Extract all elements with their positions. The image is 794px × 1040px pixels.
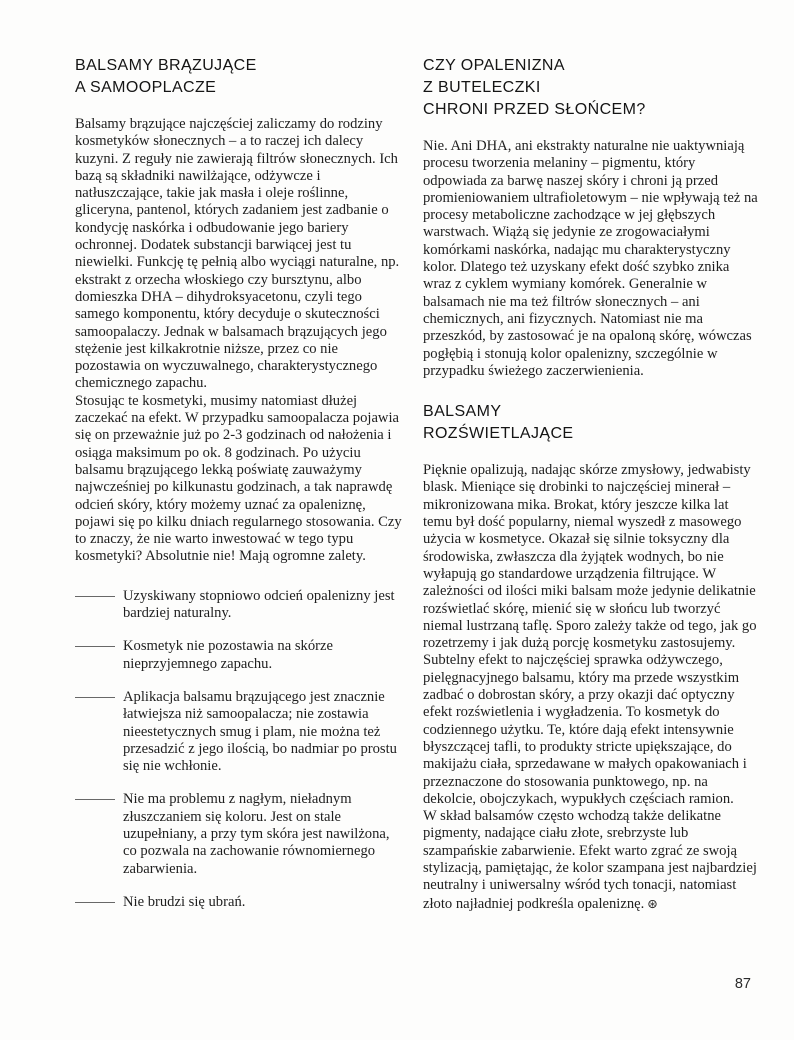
paragraph-text: W skład balsamów często wchodzą także de…	[423, 808, 757, 911]
section-heading: CZY OPALENIZNA Z BUTELECZKI CHRONI PRZED…	[423, 55, 759, 121]
list-item: Nie brudzi się ubrań.	[75, 894, 403, 911]
list-item-text: Uzyskiwany stopniowo odcień opalenizny j…	[123, 588, 403, 623]
heading-line: A SAMOOPLACZE	[75, 77, 403, 99]
heading-line: BALSAMY	[423, 401, 759, 423]
heading-line: BALSAMY BRĄZUJĄCE	[75, 55, 403, 77]
body-paragraph: Pięknie opalizują, nadając skórze zmysło…	[423, 462, 759, 652]
left-column: BALSAMY BRĄZUJĄCE A SAMOOPLACZE Balsamy …	[75, 55, 403, 911]
dash-bullet-icon	[75, 697, 115, 698]
list-item: Aplikacja balsamu brązującego jest znacz…	[75, 689, 403, 775]
dash-bullet-icon	[75, 646, 115, 647]
body-paragraph: Stosując te kosmetyki, musimy natomiast …	[75, 393, 403, 566]
advantages-list: Uzyskiwany stopniowo odcień opalenizny j…	[75, 588, 403, 911]
body-paragraph: Subtelny efekt to najczęściej sprawka od…	[423, 652, 759, 808]
section-body: Pięknie opalizują, nadając skórze zmysło…	[423, 462, 759, 913]
body-paragraph: Balsamy brązujące najczęściej zaliczamy …	[75, 116, 403, 393]
article-end-icon: ⊛	[647, 896, 657, 911]
section-sun-protection: CZY OPALENIZNA Z BUTELECZKI CHRONI PRZED…	[423, 55, 759, 380]
heading-line: CHRONI PRZED SŁOŃCEM?	[423, 99, 759, 121]
dash-bullet-icon	[75, 596, 115, 597]
list-item: Kosmetyk nie pozostawia na skórze nieprz…	[75, 638, 403, 673]
left-column-heading: BALSAMY BRĄZUJĄCE A SAMOOPLACZE	[75, 55, 403, 99]
heading-line: ROZŚWIETLAJĄCE	[423, 423, 759, 445]
list-item-text: Aplikacja balsamu brązującego jest znacz…	[123, 689, 403, 775]
left-column-body: Balsamy brązujące najczęściej zaliczamy …	[75, 116, 403, 911]
section-heading: BALSAMY ROZŚWIETLAJĄCE	[423, 401, 759, 445]
heading-line: Z BUTELECZKI	[423, 77, 759, 99]
list-item-text: Nie ma problemu z nagłym, nieładnym złus…	[123, 791, 403, 877]
body-paragraph: W skład balsamów często wchodzą także de…	[423, 808, 759, 913]
page-number: 87	[735, 976, 751, 992]
dash-bullet-icon	[75, 902, 115, 903]
magazine-page: BALSAMY BRĄZUJĄCE A SAMOOPLACZE Balsamy …	[0, 0, 794, 1040]
list-item-text: Kosmetyk nie pozostawia na skórze nieprz…	[123, 638, 403, 673]
body-paragraph: Nie. Ani DHA, ani ekstrakty naturalne ni…	[423, 138, 759, 380]
heading-line: CZY OPALENIZNA	[423, 55, 759, 77]
list-item: Nie ma problemu z nagłym, nieładnym złus…	[75, 791, 403, 877]
section-body: Nie. Ani DHA, ani ekstrakty naturalne ni…	[423, 138, 759, 380]
list-item: Uzyskiwany stopniowo odcień opalenizny j…	[75, 588, 403, 623]
dash-bullet-icon	[75, 799, 115, 800]
right-column: CZY OPALENIZNA Z BUTELECZKI CHRONI PRZED…	[423, 55, 759, 913]
section-illuminating-balms: BALSAMY ROZŚWIETLAJĄCE Pięknie opalizują…	[423, 401, 759, 913]
list-item-text: Nie brudzi się ubrań.	[123, 894, 403, 911]
